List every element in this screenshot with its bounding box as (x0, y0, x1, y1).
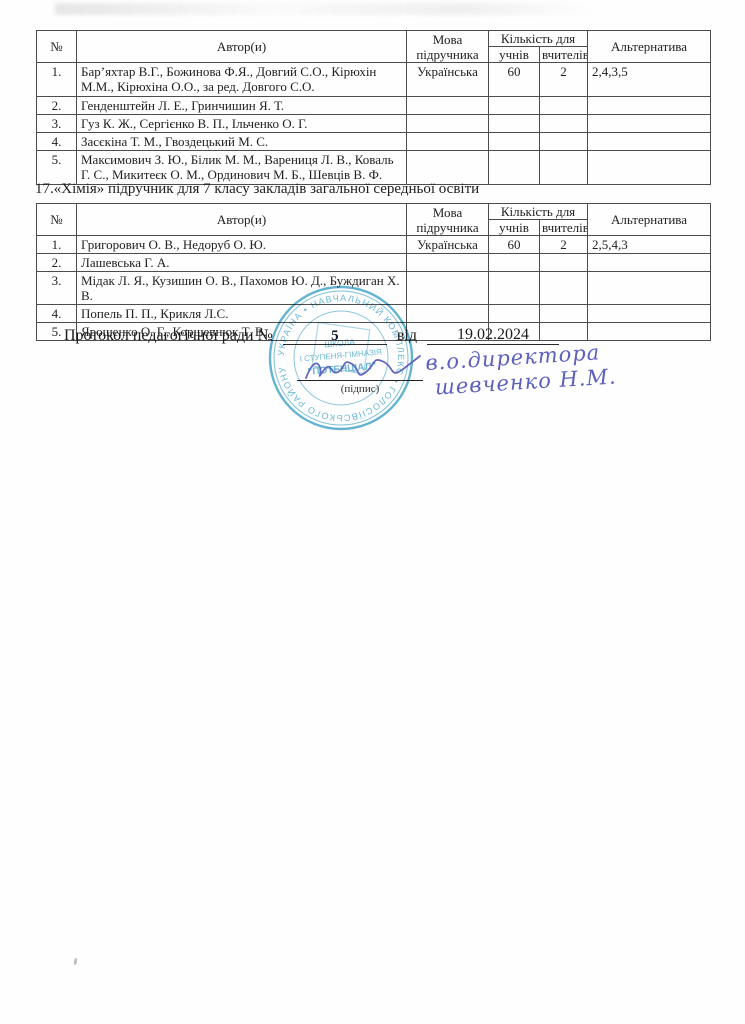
col-header-authors: Автор(и) (77, 31, 407, 63)
cell-teachers (540, 115, 588, 133)
protocol-date-blank: 19.02.2024 (427, 326, 559, 345)
cell-students: 60 (489, 63, 540, 97)
cell-no: 1. (37, 236, 77, 254)
table-row: 3. Гуз К. Ж., Сергієнко В. П., Ільченко … (37, 115, 711, 133)
col-header-students: учнів (489, 47, 540, 63)
cell-no: 3. (37, 115, 77, 133)
table-row: 1. Бар’яхтар В.Г., Божинова Ф.Я., Довгий… (37, 63, 711, 97)
protocol-date: 19.02.2024 (457, 326, 529, 343)
cell-teachers: 2 (540, 236, 588, 254)
cell-no: 4. (37, 133, 77, 151)
cell-teachers (540, 151, 588, 185)
cell-teachers (540, 97, 588, 115)
cell-language (407, 133, 489, 151)
col-header-teachers: вчителів (540, 220, 588, 236)
cell-language (407, 115, 489, 133)
table-row: 5. Максимович З. Ю., Білик М. М., Варени… (37, 151, 711, 185)
cell-authors: Максимович З. Ю., Білик М. М., Варениця … (77, 151, 407, 185)
col-header-no: № (37, 204, 77, 236)
cell-teachers (540, 133, 588, 151)
cell-alternative (588, 305, 711, 323)
cell-teachers (540, 305, 588, 323)
cell-no: 4. (37, 305, 77, 323)
col-header-authors: Автор(и) (77, 204, 407, 236)
col-header-language: Мова підручника (407, 204, 489, 236)
cell-language: Українська (407, 63, 489, 97)
handwritten-director-note: в.о.директора шевченко Н.М. (425, 337, 658, 401)
cell-students (489, 115, 540, 133)
cell-teachers (540, 272, 588, 305)
table-row: 4. Засєкіна Т. М., Гвоздецький М. С. (37, 133, 711, 151)
col-header-alternative: Альтернатива (588, 204, 711, 236)
col-header-alternative: Альтернатива (588, 31, 711, 63)
cell-students (489, 254, 540, 272)
col-header-students: учнів (489, 220, 540, 236)
col-header-quantity: Кількість для (489, 204, 588, 220)
cell-students (489, 272, 540, 305)
cell-students (489, 305, 540, 323)
cell-authors: Бар’яхтар В.Г., Божинова Ф.Я., Довгий С.… (77, 63, 407, 97)
cell-teachers (540, 254, 588, 272)
cell-no: 2. (37, 254, 77, 272)
col-header-language: Мова підручника (407, 31, 489, 63)
protocol-label: Протокол педагогічної ради № (64, 327, 273, 344)
stamp-line1: ШКОЛА (324, 337, 355, 350)
table-row: 2. Генденштейн Л. Е., Гринчишин Я. Т. (37, 97, 711, 115)
col-header-teachers: вчителів (540, 47, 588, 63)
signature-line (297, 380, 423, 381)
cell-teachers: 2 (540, 63, 588, 97)
document-page: № Автор(и) Мова підручника Кількість для… (0, 0, 745, 1024)
cell-no: 2. (37, 97, 77, 115)
cell-no: 5. (37, 151, 77, 185)
col-header-quantity: Кількість для (489, 31, 588, 47)
scan-noise (55, 3, 595, 15)
cell-authors: Григорович О. В., Недоруб О. Ю. (77, 236, 407, 254)
cell-language (407, 151, 489, 185)
cell-authors: Гуз К. Ж., Сергієнко В. П., Ільченко О. … (77, 115, 407, 133)
scan-speck (73, 958, 77, 965)
textbook-table-1: № Автор(и) Мова підручника Кількість для… (36, 30, 711, 185)
table-row: 2. Лашевська Г. А. (37, 254, 711, 272)
table-row: 1. Григорович О. В., Недоруб О. Ю. Украї… (37, 236, 711, 254)
cell-students (489, 97, 540, 115)
cell-students (489, 151, 540, 185)
section-title: 17.«Хімія» підручник для 7 класу закладі… (35, 181, 479, 198)
cell-alternative: 2,4,3,5 (588, 63, 711, 97)
cell-alternative (588, 133, 711, 151)
cell-no: 3. (37, 272, 77, 305)
cell-language (407, 97, 489, 115)
signature-caption: (підпис) (297, 383, 423, 395)
cell-authors: Засєкіна Т. М., Гвоздецький М. С. (77, 133, 407, 151)
cell-language (407, 254, 489, 272)
cell-language: Українська (407, 236, 489, 254)
cell-authors: Генденштейн Л. Е., Гринчишин Я. Т. (77, 97, 407, 115)
cell-students: 60 (489, 236, 540, 254)
cell-alternative (588, 115, 711, 133)
cell-alternative (588, 272, 711, 305)
scanned-document-page: { "document": { "section_title": "17.«Хі… (0, 0, 745, 1024)
cell-authors: Лашевська Г. А. (77, 254, 407, 272)
col-header-no: № (37, 31, 77, 63)
cell-alternative: 2,5,4,3 (588, 236, 711, 254)
cell-alternative (588, 151, 711, 185)
cell-language (407, 272, 489, 305)
cell-students (489, 133, 540, 151)
cell-alternative (588, 97, 711, 115)
cell-no: 1. (37, 63, 77, 97)
cell-alternative (588, 254, 711, 272)
cell-language (407, 305, 489, 323)
